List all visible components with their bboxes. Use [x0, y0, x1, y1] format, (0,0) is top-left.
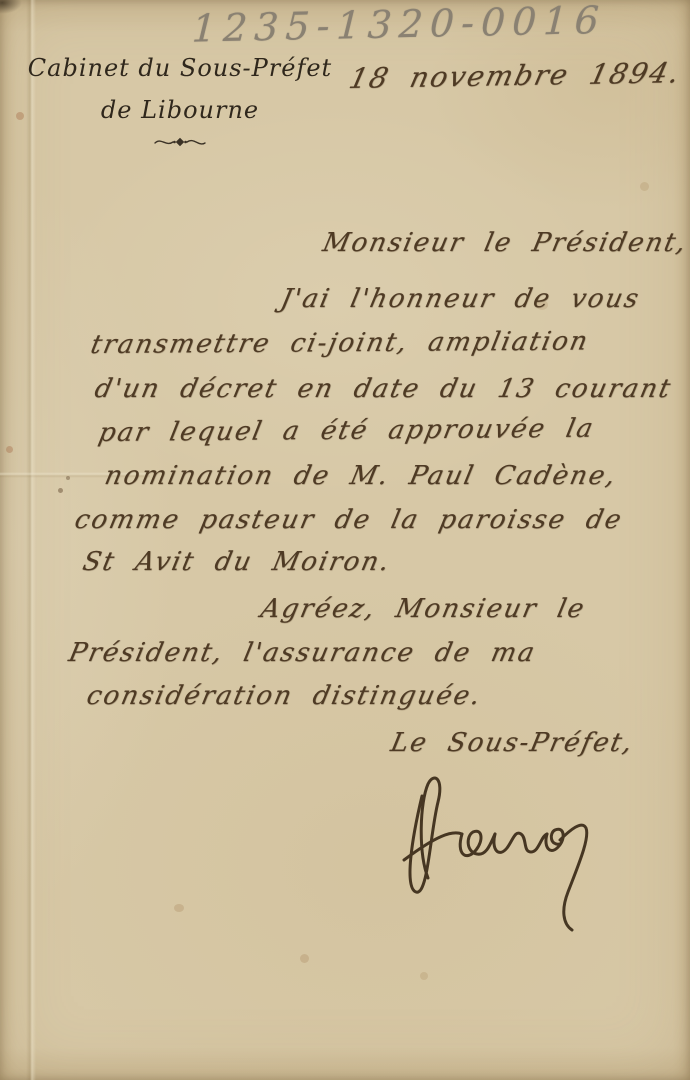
body-line: comme pasteur de la paroisse de [72, 505, 626, 535]
signoff: Le Sous-Préfet, [388, 728, 637, 758]
body-line: par lequel a été approuvée la [96, 414, 597, 448]
paper-stain [66, 476, 70, 480]
letter-page: 1235-1320-0016 Cabinet du Sous-Préfet de… [0, 0, 690, 1080]
paper-stain [6, 446, 13, 453]
closing-line: considération distinguée. [84, 681, 485, 711]
paper-crease-vertical [26, 0, 36, 1080]
closing-line: Président, l'assurance de ma [66, 638, 539, 668]
body-line: d'un décret en date du 13 courant [92, 374, 675, 404]
paper-stain [300, 954, 309, 963]
paper-stain [640, 182, 649, 191]
flourish-divider-icon [20, 134, 340, 153]
body-line: nomination de M. Paul Cadène, [102, 461, 620, 491]
letterhead-office: Cabinet du Sous-Préfet [20, 54, 340, 82]
date-line: 18 novembre 1894. [346, 56, 684, 95]
closing-line: Agréez, Monsieur le [258, 594, 588, 624]
signature [392, 768, 602, 938]
body-line: St Avit du Moiron. [80, 547, 394, 577]
body-line: J'ai l'honneur de vous [278, 284, 643, 314]
salutation: Monsieur le Président, [320, 228, 690, 258]
paper-stain [420, 972, 428, 980]
paper-stain [174, 904, 184, 912]
letterhead: Cabinet du Sous-Préfet de Libourne [20, 54, 340, 153]
corner-smudge [0, 0, 22, 14]
body-line: transmettre ci-joint, ampliation [88, 327, 592, 360]
letterhead-city: de Libourne [20, 96, 340, 124]
archival-number: 1235-1320-0016 [191, 0, 633, 51]
paper-stain [58, 488, 63, 493]
